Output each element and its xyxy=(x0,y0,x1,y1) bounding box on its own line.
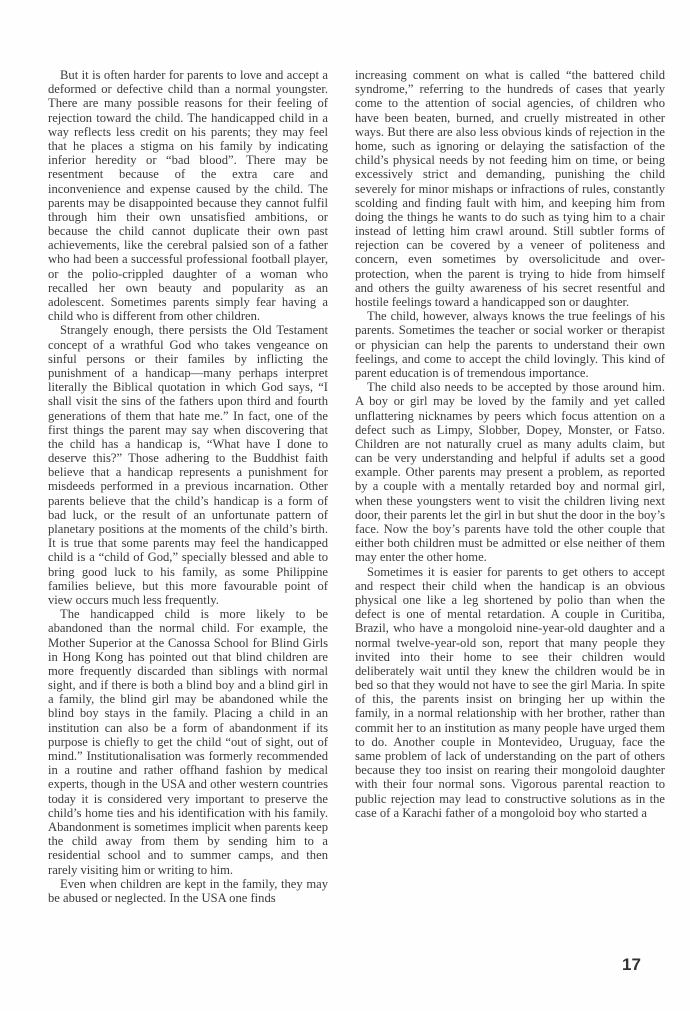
page-number: 17 xyxy=(622,955,641,975)
document-page: But it is often harder for parents to lo… xyxy=(0,0,690,1011)
paragraph: The handicapped child is more likely to … xyxy=(48,607,328,877)
right-column: increasing comment on what is called “th… xyxy=(355,68,665,820)
paragraph: Sometimes it is easier for parents to ge… xyxy=(355,565,665,820)
paragraph: But it is often harder for parents to lo… xyxy=(48,68,328,323)
paragraph: The child also needs to be accepted by t… xyxy=(355,380,665,564)
paragraph: Strangely enough, there persists the Old… xyxy=(48,323,328,607)
paragraph: The child, however, always knows the tru… xyxy=(355,309,665,380)
paragraph-continuation: increasing comment on what is called “th… xyxy=(355,68,665,309)
left-column: But it is often harder for parents to lo… xyxy=(48,68,328,905)
paragraph: Even when children are kept in the famil… xyxy=(48,877,328,905)
